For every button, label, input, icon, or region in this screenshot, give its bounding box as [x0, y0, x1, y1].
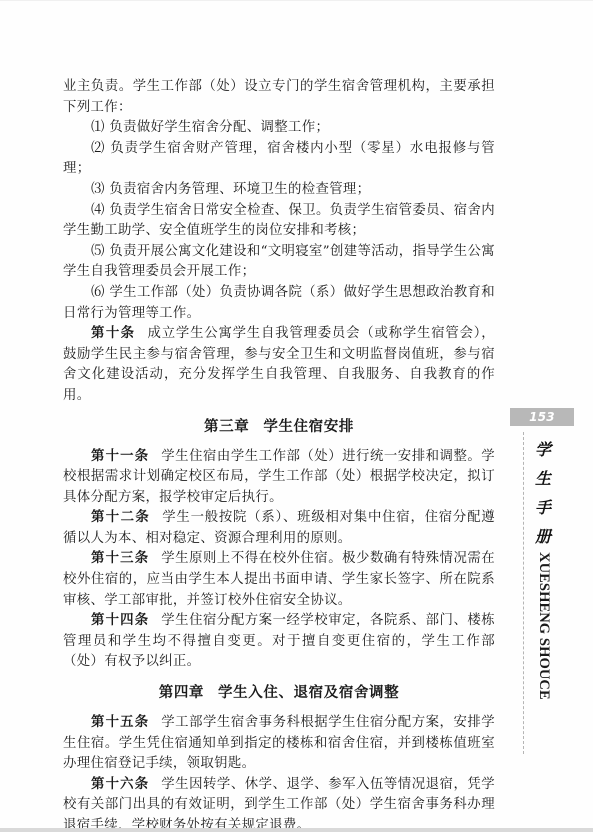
book-title-char: 手 [532, 496, 554, 525]
book-title-char: 学 [532, 438, 554, 467]
article-label: 第十二条 [91, 510, 150, 525]
chapter-number: 第三章 [204, 419, 249, 435]
page-number-tab: 153 [510, 408, 574, 426]
duty-item-4: ⑷ 负责学生宿舍日常安全检查、保卫。负责学生宿管委员、宿舍内学生勤工助学、安全值… [63, 201, 495, 242]
duty-item-2: ⑵ 负责学生宿舍财产管理，宿舍楼内小型（零星）水电报修与管理； [63, 139, 495, 180]
duty-item-1: ⑴ 负责做好学生宿舍分配、调整工作； [63, 118, 495, 139]
duty-item-3: ⑶ 负责宿舍内务管理、环境卫生的检查管理； [63, 180, 495, 201]
document-page: 业主负责。学生工作部（处）设立专门的学生宿舍管理机构，主要承担下列工作： ⑴ 负… [0, 0, 593, 832]
chapter-number: 第四章 [159, 685, 204, 701]
intro-paragraph: 业主负责。学生工作部（处）设立专门的学生宿舍管理机构，主要承担下列工作： [63, 77, 495, 118]
article-13: 第十三条学生原则上不得在校外住宿。极少数确有特殊情况需在校外住宿的，应当由学生本… [63, 549, 495, 611]
article-11: 第十一条学生住宿由学生工作部（处）进行统一安排和调整。学校根据需求计划确定校区布… [63, 447, 495, 509]
book-title-pinyin: XUESHENG SHOUCE [534, 552, 554, 700]
article-label: 第十三条 [91, 551, 149, 566]
article-12: 第十二条学生一般按院（系）、班级相对集中住宿，住宿分配遵循以人为本、相对稳定、资… [63, 508, 495, 549]
article-16: 第十六条学生因转学、休学、退学、参军入伍等情况退宿，凭学校有关部门出具的有效证明… [63, 775, 495, 832]
dashed-divider [523, 432, 524, 754]
article-label: 第十一条 [91, 449, 149, 464]
article-label: 第十五条 [91, 715, 149, 730]
article-10: 第十条成立学生公寓学生自我管理委员会（或称学生宿管会），鼓励学生民主参与宿舍管理… [63, 324, 495, 406]
duty-item-6: ⑹ 学生工作部（处）负责协调各院（系）做好学生思想政治教育和日常行为管理等工作。 [63, 283, 495, 324]
article-label: 第十四条 [91, 613, 149, 628]
article-label: 第十条 [91, 326, 136, 341]
page-bottom-edge [0, 828, 593, 832]
page-body: 业主负责。学生工作部（处）设立专门的学生宿舍管理机构，主要承担下列工作： ⑴ 负… [63, 77, 495, 832]
article-14: 第十四条学生住宿分配方案一经学校审定，各院系、部门、楼栋管理员和学生均不得擅自变… [63, 611, 495, 673]
book-title-char: 生 [532, 467, 554, 496]
duty-item-5: ⑸ 负责开展公寓文化建设和“文明寝室”创建等活动，指导学生公寓学生自我管理委员会… [63, 242, 495, 283]
book-title-vertical: 学 生 手 册 [532, 438, 554, 554]
chapter-title: 学生住宿安排 [263, 419, 354, 435]
chapter-heading-4: 第四章学生入住、退宿及宿舍调整 [63, 682, 495, 704]
book-title-char: 册 [532, 525, 554, 554]
article-label: 第十六条 [91, 777, 149, 792]
page-top-edge [0, 0, 593, 1]
chapter-heading-3: 第三章学生住宿安排 [63, 416, 495, 438]
chapter-title: 学生入住、退宿及宿舍调整 [218, 685, 399, 701]
article-15: 第十五条学工部学生宿舍事务科根据学生住宿分配方案，安排学生住宿。学生凭住宿通知单… [63, 713, 495, 775]
book-title-pinyin-wrap: XUESHENG SHOUCE [532, 552, 554, 692]
